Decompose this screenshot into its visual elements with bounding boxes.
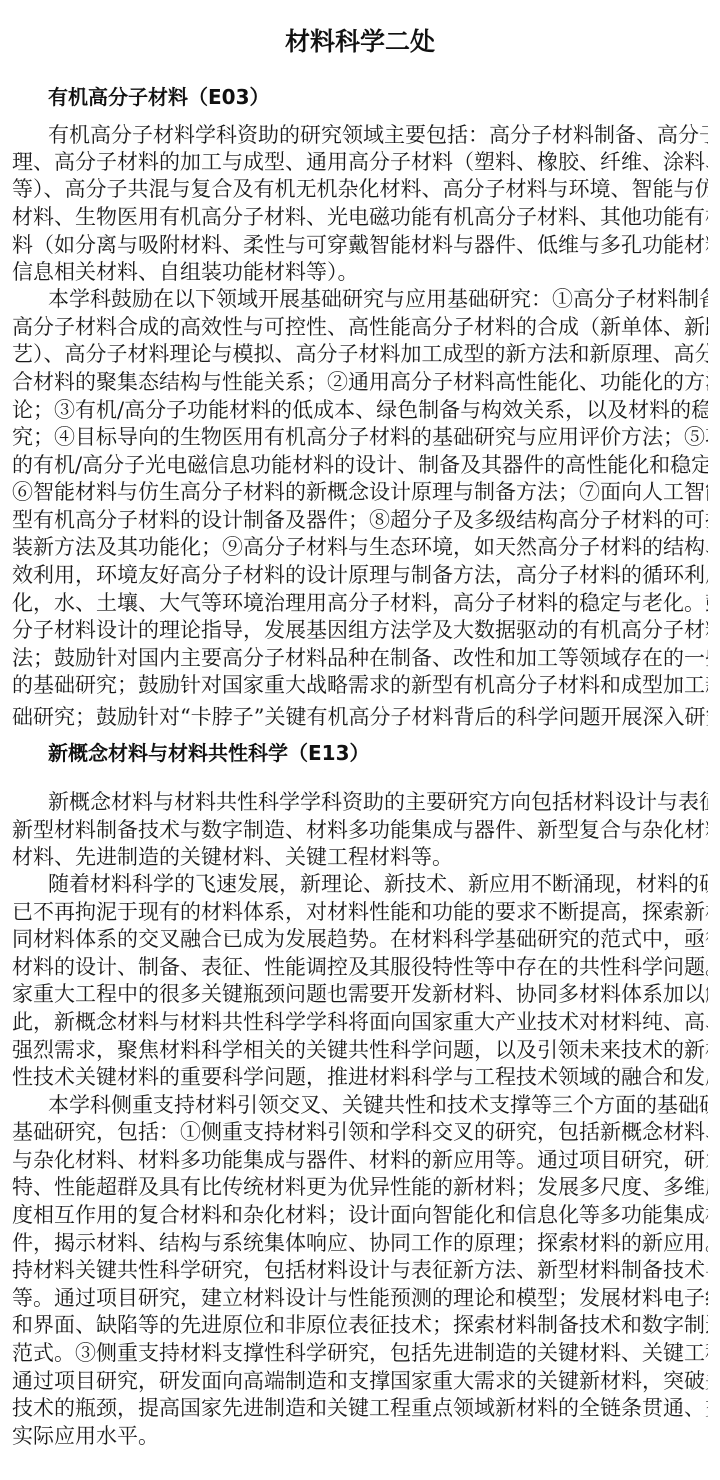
- text-line: 本学科鼓励在以下领域开展基础研究与应用基础研究：①高分子材料制备科学，如: [48, 286, 708, 313]
- text-line: 同材料体系的交叉融合已成为发展趋势。在材料科学基础研究的范式中，亟待解决新型: [12, 926, 708, 953]
- text-line: 技术的瓶颈，提高国家先进制造和关键工程重点领域新材料的全链条贯通、交叉集成和: [12, 1395, 708, 1422]
- text-line: 本学科侧重支持材料引领交叉、关键共性和技术支撑等三个方面的基础研究及应用: [48, 1092, 708, 1119]
- text-line: 随着材料科学的飞速发展，新理论、新技术、新应用不断涌现，材料的研究和应用: [48, 871, 708, 898]
- text-line: 特、性能超群及具有比传统材料更为优异性能的新材料；发展多尺度、多维度、多自由: [12, 1174, 708, 1201]
- text-line: 究；④目标导向的生物医用有机高分子材料的基础研究与应用评价方法；⑤功能导向: [12, 424, 708, 451]
- text-line: 与杂化材料、材料多功能集成与器件、材料的新应用等。通过项目研究，研发现象奇: [12, 1147, 708, 1174]
- text-line: 通过项目研究，研发面向高端制造和支撑国家重大需求的关键新材料，突破关键材料和: [12, 1368, 708, 1395]
- text-line: 材料、生物医用有机高分子材料、光电磁功能有机高分子材料、其他功能有机高分子材: [12, 204, 708, 231]
- text-line: 新型材料制备技术与数字制造、材料多功能集成与器件、新型复合与杂化材料、新概念: [12, 817, 708, 844]
- text-line: 范式。③侧重支持材料支撑性科学研究，包括先进制造的关键材料、关键工程材料等。: [12, 1340, 708, 1367]
- section-heading-e13: 新概念材料与材料共性科学（E13）: [48, 738, 370, 768]
- text-line: ⑥智能材料与仿生高分子材料的新概念设计原理与制备方法；⑦面向人工智能应用的新: [12, 479, 708, 506]
- text-line: 合材料的聚集态结构与性能关系；②通用高分子材料高性能化、功能化的方法与理: [12, 369, 708, 396]
- text-line: 础研究；鼓励针对“卡脖子”关键有机高分子材料背后的科学问题开展深入研究。: [12, 704, 708, 731]
- text-line: 的有机/高分子光电磁信息功能材料的设计、制备及其器件的高性能化和稳定性研究；: [12, 452, 708, 479]
- page-title: 材料科学二处: [0, 24, 720, 60]
- text-line: 法；鼓励针对国内主要高分子材料品种在制备、改性和加工等领域存在的一些共性难题: [12, 645, 708, 672]
- text-line: 效利用，环境友好高分子材料的设计原理与制备方法，高分子材料的循环利用与资源: [12, 562, 708, 589]
- text-line: 论；③有机/高分子功能材料的低成本、绿色制备与构效关系，以及材料的稳定化研: [12, 397, 708, 424]
- text-line: 和界面、缺陷等的先进原位和非原位表征技术；探索材料制备技术和数字制造技术的新: [12, 1312, 708, 1339]
- text-line: 化，水、土壤、大气等环境治理用高分子材料，高分子材料的稳定与老化。鼓励加强高: [12, 590, 708, 617]
- text-line: 高分子材料合成的高效性与可控性、高性能高分子材料的合成（新单体、新路径、新工: [12, 314, 708, 341]
- text-line: 强烈需求，聚焦材料科学相关的关键共性科学问题，以及引领未来技术的新材料和颠覆: [12, 1037, 708, 1064]
- text-line: 理、高分子材料的加工与成型、通用高分子材料（塑料、橡胶、纤维、涂料、黏合剂: [12, 149, 708, 176]
- text-line: 的基础研究；鼓励针对国家重大战略需求的新型有机高分子材料和成型加工新技术的基: [12, 672, 708, 699]
- text-line: 新概念材料与材料共性科学学科资助的主要研究方向包括材料设计与表征新方法、: [48, 789, 708, 816]
- section-heading-e03: 有机高分子材料（E03）: [48, 82, 270, 112]
- text-line: 材料的设计、制备、表征、性能调控及其服役特性等中存在的共性科学问题。同时，国: [12, 954, 708, 981]
- text-line: 等）、高分子共混与复合及有机无机杂化材料、高分子材料与环境、智能与仿生高分子: [12, 176, 708, 203]
- text-line: 性技术关键材料的重要科学问题，推进材料科学与工程技术领域的融合和发展。: [12, 1064, 708, 1091]
- text-line: 艺）、高分子材料理论与模拟、高分子材料加工成型的新方法和新原理、高分子及其复: [12, 341, 708, 368]
- text-line: 度相互作用的复合材料和杂化材料；设计面向智能化和信息化等多功能集成材料与器: [12, 1202, 708, 1229]
- text-line: 基础研究，包括：①侧重支持材料引领和学科交叉的研究，包括新概念材料、新型复合: [12, 1119, 708, 1146]
- text-line: 家重大工程中的很多关键瓶颈问题也需要开发新材料、协同多材料体系加以解决。因: [12, 981, 708, 1008]
- text-line: 件，揭示材料、结构与系统集体响应、协同工作的原理；探索材料的新应用。②侧重支: [12, 1230, 708, 1257]
- text-line: 分子材料设计的理论指导，发展基因组方法学及大数据驱动的有机高分子材料研究新方: [12, 617, 708, 644]
- text-line: 信息相关材料、自组装功能材料等）。: [12, 259, 708, 286]
- text-line: 材料、先进制造的关键材料、关键工程材料等。: [12, 844, 708, 871]
- text-line: 有机高分子材料学科资助的研究领域主要包括：高分子材料制备、高分子材料物: [48, 122, 708, 149]
- text-line: 持材料关键共性科学研究，包括材料设计与表征新方法、新型材料制备技术与数字制造: [12, 1257, 708, 1284]
- text-line: 已不再拘泥于现有的材料体系，对材料性能和功能的要求不断提高，探索新材料以及不: [12, 899, 708, 926]
- document-page: 材料科学二处 有机高分子材料（E03） 有机高分子材料学科资助的研究领域主要包括…: [0, 0, 720, 1480]
- text-line: 型有机高分子材料的设计制备及器件；⑧超分子及多级结构高分子材料的可控制备、组: [12, 507, 708, 534]
- text-line: 装新方法及其功能化；⑨高分子材料与生态环境，如天然高分子材料的结构、性能与有: [12, 534, 708, 561]
- text-line: 料（如分离与吸附材料、柔性与可穿戴智能材料与器件、低维与多孔功能材料、能源与: [12, 232, 708, 259]
- text-line: 此，新概念材料与材料共性科学学科将面向国家重大产业技术对材料纯、高、特、新的: [12, 1009, 708, 1036]
- text-line: 实际应用水平。: [12, 1423, 708, 1450]
- text-line: 等。通过项目研究，建立材料设计与性能预测的理论和模型；发展材料电子结构、表面: [12, 1285, 708, 1312]
